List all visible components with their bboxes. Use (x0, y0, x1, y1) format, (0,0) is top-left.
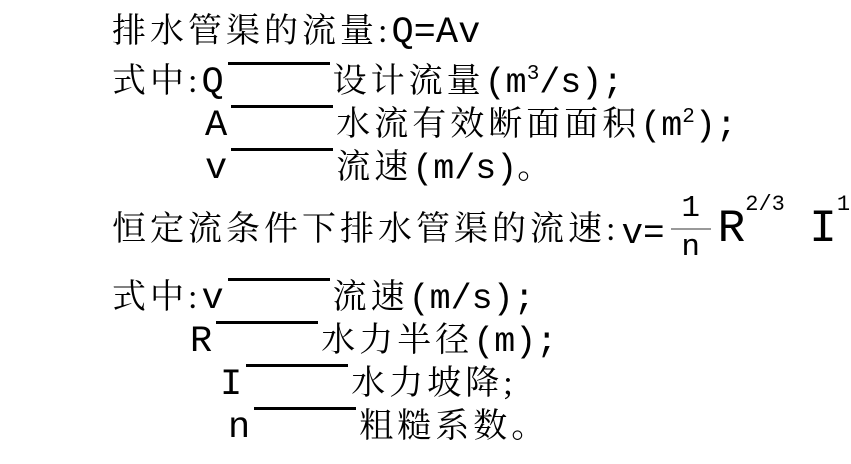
em-dash: —— (246, 364, 348, 367)
unit-q-sup: 3 (527, 63, 540, 86)
flow-formula-line: 排水管渠的流量:Q=Av (112, 10, 480, 55)
symbol-v: v (205, 148, 227, 190)
tail-n: 。 (511, 408, 549, 445)
document-page: 排水管渠的流量:Q=Av 式中:Q——设计流量(m3/s); A——水流有效断面… (0, 0, 851, 464)
term-hydraulic-gradient: I1/2 (809, 206, 837, 252)
term-i-exponent: 1/2 (837, 194, 851, 216)
desc-n: 粗糙系数 (359, 408, 511, 445)
symbol-r: R (190, 321, 212, 363)
unit-v2: (m/s); (409, 279, 535, 319)
velocity-lhs: v= (621, 212, 664, 255)
flow-formula-intro: 排水管渠的流量: (112, 13, 391, 50)
unit-a-open: (m (640, 106, 682, 146)
flow-def-v: v——流速(m/s)。 (205, 139, 555, 191)
velocity-def-i: I——水力坡降; (220, 362, 517, 407)
velocity-def-n: n——粗糙系数。 (228, 405, 549, 450)
desc-v: 流速 (336, 149, 412, 186)
unit-v-open: (m/s) (412, 149, 517, 189)
term-r-base: R (718, 203, 746, 255)
flow-formula-equation: Q=Av (391, 12, 480, 54)
em-dash: —— (231, 148, 333, 151)
tail-i: ; (503, 365, 516, 402)
desc-a: 水流有效断面面积 (336, 106, 640, 143)
fraction-denominator: n (681, 232, 700, 265)
velocity-def-v: 式中:v——流速(m/s); (112, 276, 535, 321)
where-label: 式中: (112, 63, 201, 100)
term-hydraulic-radius: R2/3 (718, 206, 746, 252)
fraction-numerator: 1 (681, 193, 700, 226)
em-dash: —— (228, 62, 330, 65)
desc-i: 水力坡降 (351, 365, 503, 402)
symbol-n: n (228, 407, 250, 449)
symbol-v2: v (201, 278, 223, 320)
velocity-def-r: R——水力半径(m); (190, 319, 557, 364)
em-dash: —— (228, 278, 330, 281)
term-r-exponent: 2/3 (745, 194, 785, 216)
velocity-formula-line: 恒定流条件下排水管渠的流速: v= 1 n R2/3 I1/2 (112, 190, 851, 268)
fraction: 1 n (671, 193, 711, 264)
term-i-base: I (809, 203, 837, 255)
desc-q: 设计流量 (333, 63, 485, 100)
unit-a-sup: 2 (682, 106, 695, 129)
velocity-formula-intro: 恒定流条件下排水管渠的流速: (112, 208, 619, 251)
unit-r: (m); (473, 322, 557, 362)
symbol-i: I (220, 364, 242, 406)
desc-v2: 流速 (333, 279, 409, 316)
where-label: 式中: (112, 279, 201, 316)
em-dash: —— (254, 407, 356, 410)
em-dash: —— (231, 105, 333, 108)
unit-a-close: ); (695, 106, 737, 146)
tail-v: 。 (517, 149, 555, 186)
em-dash: —— (216, 321, 318, 324)
desc-r: 水力半径 (321, 322, 473, 359)
